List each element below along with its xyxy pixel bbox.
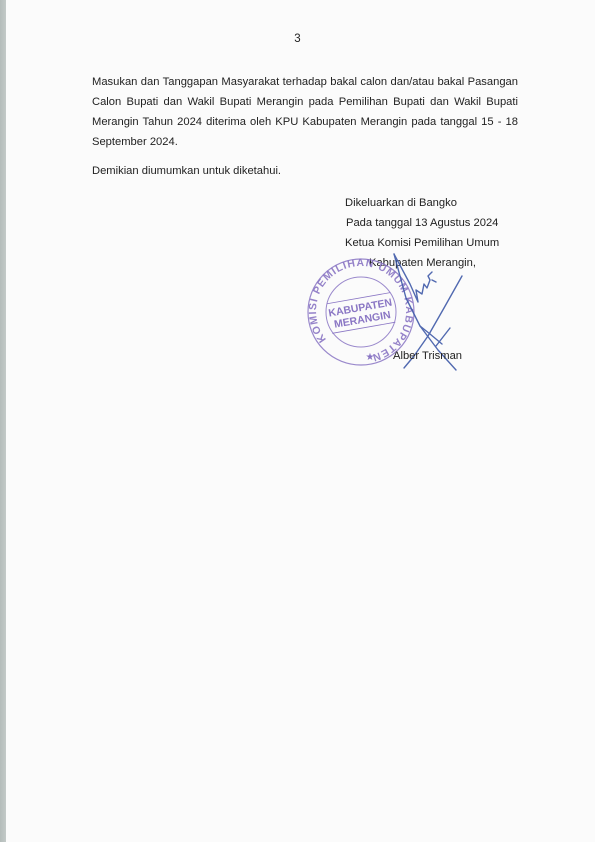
issue-date: Pada tanggal 13 Agustus 2024 (345, 213, 499, 233)
issued-at: Dikeluarkan di Bangko (345, 193, 499, 213)
stamp-star-icon: ★ (366, 352, 375, 363)
closing-statement: Demikian diumumkan untuk diketahui. (92, 165, 281, 177)
scan-edge-strip (0, 0, 6, 842)
paragraph-text: Masukan dan Tanggapan Masyarakat terhada… (92, 72, 518, 152)
signer-name: Alber Trisman (393, 350, 462, 362)
announcement-paragraph: Masukan dan Tanggapan Masyarakat terhada… (92, 72, 518, 152)
page-number: 3 (0, 33, 595, 45)
